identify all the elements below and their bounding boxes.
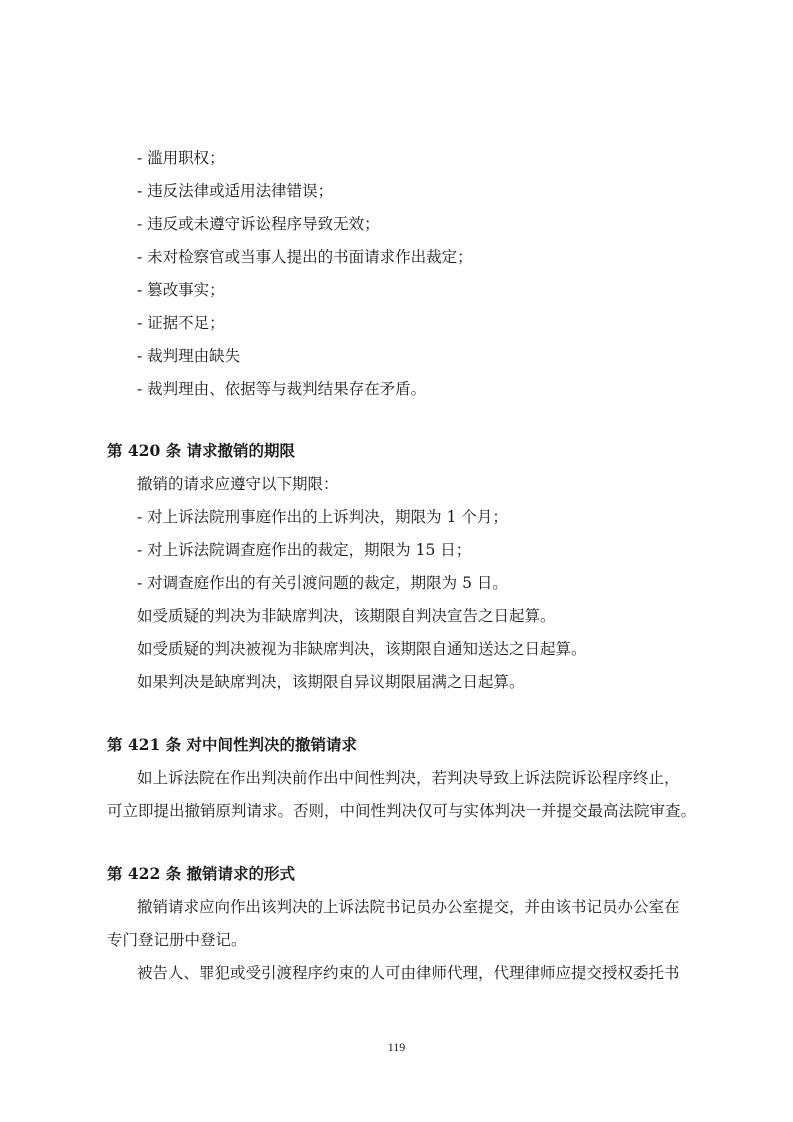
list-item: - 滥用职权； bbox=[137, 148, 225, 168]
list-item: - 违反法律或适用法律错误； bbox=[137, 181, 333, 201]
article-421-heading: 第 421 条 对中间性判决的撤销请求 bbox=[107, 735, 357, 755]
paragraph-line: 被告人、罪犯或受引渡程序约束的人可由律师代理，代理律师应提交授权委托书 bbox=[137, 963, 680, 983]
paragraph-line: 如上诉法院在作出判决前作出中间性判决，若判决导致上诉法院诉讼程序终止， bbox=[137, 768, 680, 788]
paragraph: 如受质疑的判决被视为非缺席判决，该期限自通知送达之日起算。 bbox=[137, 639, 587, 659]
article-422-heading: 第 422 条 撤销请求的形式 bbox=[107, 864, 295, 884]
list-item: - 对上诉法院调查庭作出的裁定，期限为 15 日； bbox=[137, 540, 471, 560]
paragraph: 如果判决是缺席判决，该期限自异议期限届满之日起算。 bbox=[137, 672, 525, 692]
list-item: - 篡改事实； bbox=[137, 280, 225, 300]
list-item: - 对调查庭作出的有关引渡问题的裁定，期限为 5 日。 bbox=[137, 573, 508, 593]
list-item: - 证据不足； bbox=[137, 313, 225, 333]
paragraph-line: 撤销请求应向作出该判决的上诉法院书记员办公室提交，并由该书记员办公室在 bbox=[137, 897, 680, 917]
list-item: - 对上诉法院刑事庭作出的上诉判决，期限为 1 个月； bbox=[137, 507, 508, 527]
list-item: - 违反或未遵守诉讼程序导致无效； bbox=[137, 214, 380, 234]
paragraph: 如受质疑的判决为非缺席判决，该期限自判决宣告之日起算。 bbox=[137, 606, 556, 626]
paragraph-line: 可立即提出撤销原判请求。否则，中间性判决仅可与实体判决一并提交最高法院审查。 bbox=[107, 801, 696, 821]
page-number: 119 bbox=[0, 1040, 793, 1055]
list-item: - 未对检察官或当事人提出的书面请求作出裁定； bbox=[137, 247, 473, 267]
article-420-intro: 撤销的请求应遵守以下期限： bbox=[137, 474, 339, 494]
paragraph-line: 专门登记册中登记。 bbox=[107, 930, 247, 950]
article-420-heading: 第 420 条 请求撤销的期限 bbox=[107, 441, 295, 461]
list-item: - 裁判理由缺失 bbox=[137, 346, 240, 366]
list-item: - 裁判理由、依据等与裁判结果存在矛盾。 bbox=[137, 379, 426, 399]
